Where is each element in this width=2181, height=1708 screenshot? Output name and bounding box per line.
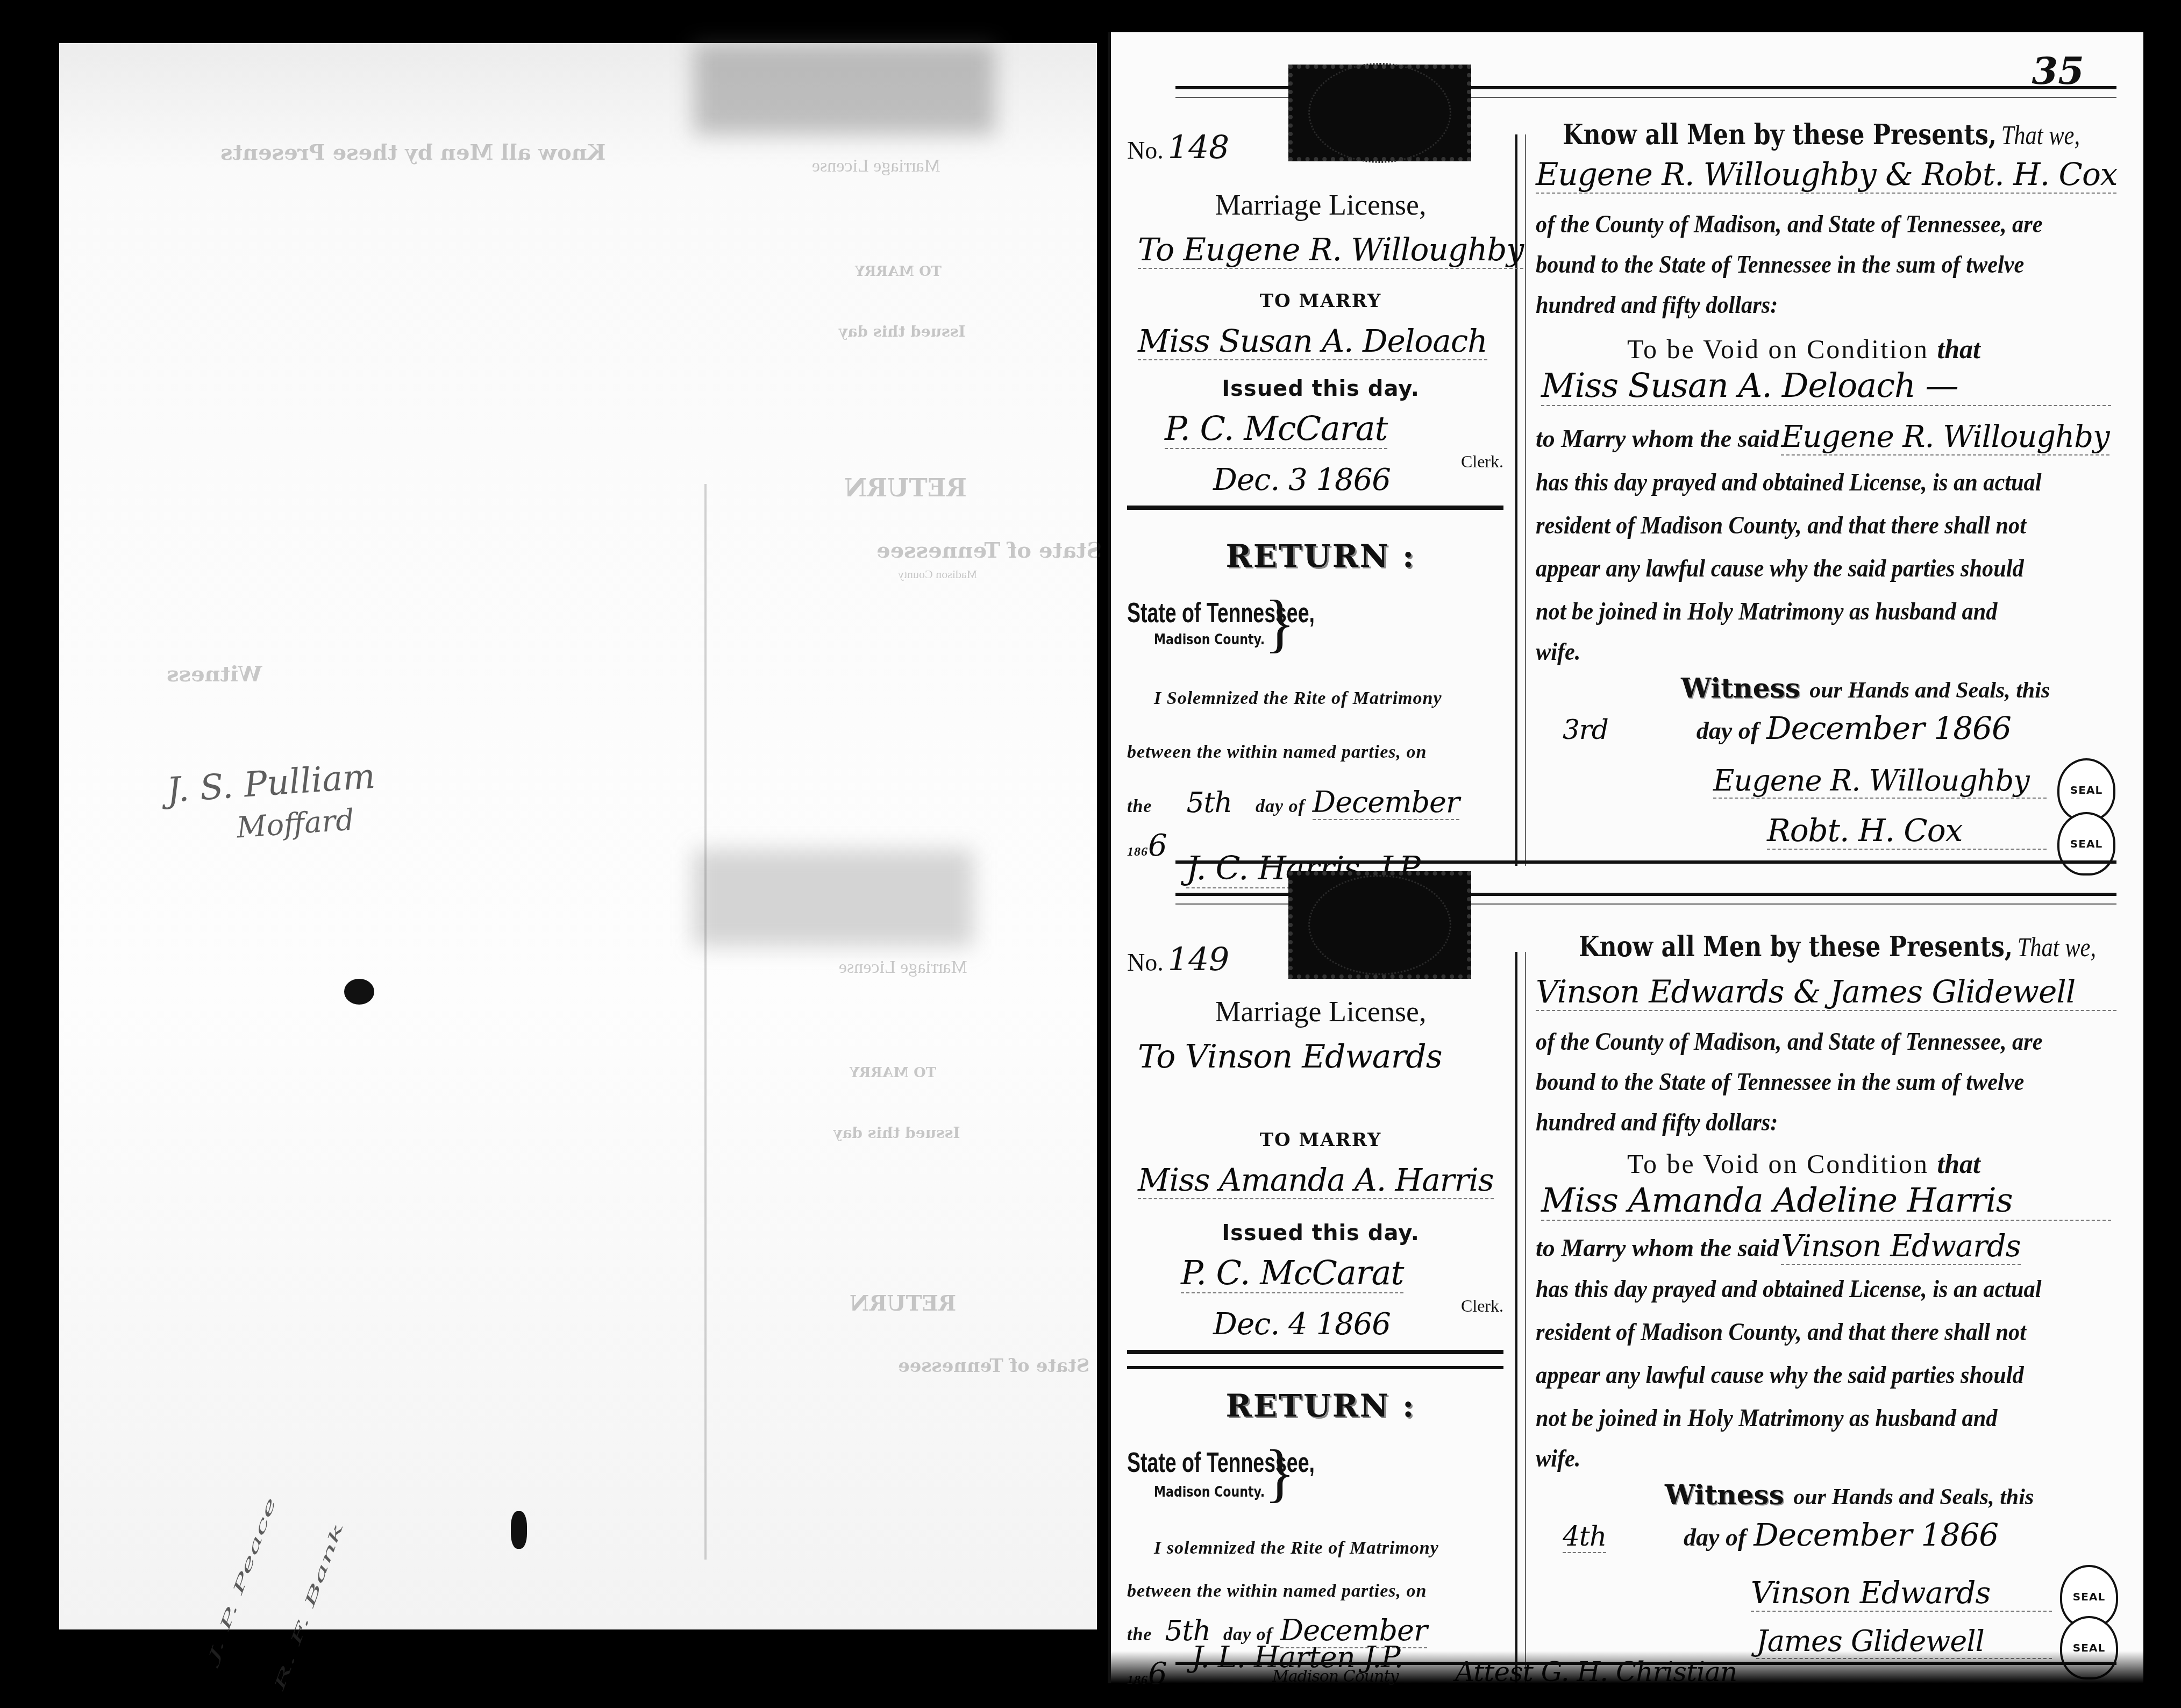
- witness-date: 3rd day of December 1866: [1563, 710, 2011, 746]
- bond-line-county: of the County of Madison, and State of T…: [1536, 210, 2042, 238]
- left-page: Know all Men by these Presents Marriage …: [59, 43, 1097, 1629]
- ghost-to-marry-2: TO MARRY: [850, 1065, 936, 1081]
- clerk-label: Clerk.: [1461, 1296, 1503, 1316]
- bond-heading-tail: That we,: [2018, 932, 2096, 962]
- county-label: Madison County.: [1154, 1484, 1265, 1500]
- signature-2: Robt. H. Cox: [1767, 812, 2047, 850]
- bride-name: Miss Amanda A. Harris: [1138, 1162, 1494, 1199]
- void-heading-text: To be Void on Condition: [1627, 334, 1929, 364]
- section-rule: [1127, 1366, 1503, 1369]
- witness-day-of: day of: [1684, 1524, 1746, 1551]
- issue-date: Dec. 4 1866: [1213, 1307, 1391, 1342]
- witness-day-of: day of: [1697, 717, 1759, 744]
- void-heading: To be Void on Condition that: [1627, 1148, 1980, 1179]
- ghost-county: Madison County: [898, 567, 977, 581]
- bond-line-wife: wife.: [1536, 1444, 1580, 1472]
- witness-day: 4th: [1563, 1521, 1606, 1553]
- witness-month-year: December 1866: [1754, 1517, 1998, 1553]
- brace: }: [1264, 1436, 1295, 1510]
- obligors: Vinson Edwards & James Glidewell: [1536, 973, 2116, 1011]
- obligors: Eugene R. Willoughby & Robt. H. Cox: [1536, 156, 2116, 194]
- seal-icon: SEAL: [2057, 812, 2115, 876]
- month: December: [1313, 785, 1459, 820]
- witness-label: Witness: [1681, 672, 1800, 704]
- solemnized-line: I Solemnized the Rite of Matrimony: [1154, 688, 1442, 709]
- right-page: 35 No.148 Marriage License, To Eugene R.…: [1108, 32, 2143, 1683]
- ghost-signature: J. P. Peace: [205, 1496, 280, 1664]
- signature-1: Eugene R. Willoughby: [1713, 764, 2047, 799]
- license-number-label: No.: [1127, 137, 1164, 164]
- faint-column-line: [704, 484, 707, 1560]
- ghost-signature: Moffard: [236, 802, 355, 844]
- return-heading: RETURN :: [1127, 538, 1514, 574]
- between-line: between the within named parties, on: [1127, 742, 1427, 763]
- to-label: To: [1138, 1038, 1175, 1076]
- ghost-heading: Know all Men by these Presents: [220, 140, 606, 165]
- license-number-label: No.: [1127, 949, 1164, 976]
- ghost-witness: Witness: [167, 661, 262, 687]
- year-suffix: 6: [1148, 828, 1167, 863]
- to-label: To: [1138, 231, 1174, 268]
- clerk-signature: P. C. McCarat: [1165, 409, 1387, 449]
- license-number: No.148: [1127, 129, 1229, 167]
- license-column: No.149 Marriage License, To Vinson Edwar…: [1127, 941, 1514, 1683]
- issue-date: Dec. 3 1866: [1213, 462, 1391, 497]
- marry-line: to Marry whom the said Vinson Edwards: [1536, 1229, 2021, 1264]
- bond-line-sum: hundred and fifty dollars:: [1536, 1108, 1778, 1136]
- witness-day: 3rd: [1563, 714, 1608, 745]
- bond-line-appear: appear any lawful cause why the said par…: [1536, 1361, 2024, 1389]
- bond-line-prayed: has this day prayed and obtained License…: [1536, 1275, 2041, 1303]
- bond-heading-text: Know all Men by these Presents,: [1563, 118, 1997, 151]
- clerk-signature: P. C. McCarat: [1181, 1253, 1403, 1293]
- ghost-marriage-license: Marriage License: [812, 156, 940, 176]
- witness-line: Witness our Hands and Seals, this: [1681, 672, 2050, 704]
- solemnized-year: 1866: [1127, 828, 1167, 863]
- bond-line-wife: wife.: [1536, 637, 1580, 666]
- witness-month-year: December 1866: [1766, 710, 2011, 746]
- ghost-state: State of Tennessee: [876, 538, 1102, 563]
- ghost-signature: R. F. Bank: [271, 1520, 346, 1692]
- bond-line-bound: bound to the State of Tennessee in the s…: [1536, 250, 2024, 279]
- solemnized-date: the 5th day of December: [1127, 785, 1459, 819]
- groom-line: To Eugene R. Willoughby: [1138, 231, 1523, 269]
- license-title: Marriage License,: [1127, 188, 1514, 222]
- marry-prefix: to Marry whom the said: [1536, 1234, 1779, 1262]
- the-label: the: [1127, 796, 1152, 816]
- license-number-value: 148: [1168, 129, 1230, 167]
- bond-heading-tail: That we,: [2001, 120, 2080, 150]
- ghost-marriage-license-2: Marriage License: [839, 957, 967, 978]
- ghost-issued-2: Issued this day: [833, 1124, 960, 1142]
- issued-label: Issued this day.: [1127, 1221, 1514, 1246]
- ink-blot: [344, 979, 374, 1005]
- scan-shadow: [1111, 1651, 2143, 1683]
- bond-line-resident: resident of Madison County, and that the…: [1536, 511, 2026, 539]
- column-divider: [1525, 952, 1526, 1683]
- year-prefix: 186: [1127, 845, 1148, 859]
- section-rule: [1127, 506, 1503, 510]
- groom-name: Eugene R. Willoughby: [1184, 231, 1524, 268]
- void-heading-tail: that: [1937, 334, 1980, 364]
- section-rule: [1127, 1350, 1503, 1354]
- witness-date: 4th day of December 1866: [1563, 1517, 1998, 1553]
- bond-line-joined: not be joined in Holy Matrimony as husba…: [1536, 1404, 1997, 1432]
- bride-full-name: Miss Susan A. Deloach —: [1541, 366, 2111, 406]
- bond-line-prayed: has this day prayed and obtained License…: [1536, 468, 2041, 496]
- marry-line: to Marry whom the said Eugene R. Willoug…: [1536, 419, 2109, 454]
- witness-tail: our Hands and Seals, this: [1793, 1485, 2034, 1510]
- ghost-signature: J. S. Pulliam: [166, 757, 376, 811]
- bond-line-sum: hundred and fifty dollars:: [1536, 290, 1778, 319]
- between-line: between the within named parties, on: [1127, 1581, 1427, 1602]
- solemnized-line: I solemnized the Rite of Matrimony: [1154, 1538, 1439, 1558]
- bride-full-name: Miss Amanda Adeline Harris: [1541, 1180, 2111, 1221]
- column-divider: [1525, 134, 1526, 866]
- groom-name-again: Eugene R. Willoughby: [1781, 419, 2109, 456]
- bond-heading-text: Know all Men by these Presents,: [1579, 930, 2013, 963]
- bond-heading: Know all Men by these Presents,That we,: [1579, 930, 2096, 963]
- marry-prefix: to Marry whom the said: [1536, 425, 1779, 452]
- to-marry-label: TO MARRY: [1127, 290, 1514, 312]
- bond-heading: Know all Men by these Presents,That we,: [1563, 118, 2080, 151]
- bond-column: Know all Men by these Presents,That we, …: [1530, 930, 2127, 1673]
- record-separator: [1175, 860, 2116, 864]
- license-number-value: 149: [1168, 941, 1230, 979]
- license-title: Marriage License,: [1127, 995, 1514, 1028]
- witness-tail: our Hands and Seals, this: [1809, 678, 2050, 703]
- stamp-bleed-smudge: [694, 850, 973, 946]
- issued-label: Issued this day.: [1127, 376, 1514, 401]
- ghost-return: RETURN: [844, 473, 967, 502]
- void-heading-tail: that: [1937, 1149, 1980, 1179]
- clerk-label: Clerk.: [1461, 452, 1503, 472]
- stamp-bleed-smudge: [694, 43, 995, 134]
- day-of-label: day of: [1256, 796, 1305, 816]
- county-label: Madison County.: [1154, 632, 1265, 648]
- bond-line-resident: resident of Madison County, and that the…: [1536, 1318, 2026, 1346]
- groom-name: Vinson Edwards: [1185, 1038, 1442, 1076]
- ghost-issued: Issued this day: [839, 323, 966, 340]
- license-column: No.148 Marriage License, To Eugene R. Wi…: [1127, 129, 1514, 871]
- bond-line-appear: appear any lawful cause why the said par…: [1536, 554, 2024, 582]
- license-number: No.149: [1127, 941, 1229, 979]
- void-heading: To be Void on Condition that: [1627, 333, 1980, 365]
- bond-line-county: of the County of Madison, and State of T…: [1536, 1027, 2042, 1056]
- witness-line: Witness our Hands and Seals, this: [1665, 1479, 2034, 1511]
- the-label: the: [1127, 1625, 1152, 1645]
- witness-label: Witness: [1665, 1479, 1784, 1511]
- bond-column: Know all Men by these Presents,That we, …: [1530, 118, 2127, 860]
- bond-line-bound: bound to the State of Tennessee in the s…: [1536, 1067, 2024, 1096]
- bond-line-joined: not be joined in Holy Matrimony as husba…: [1536, 597, 1997, 625]
- marriage-record: No.148 Marriage License, To Eugene R. Wi…: [1111, 54, 2143, 855]
- ghost-to-marry: TO MARRY: [855, 264, 942, 280]
- void-heading-text: To be Void on Condition: [1627, 1149, 1929, 1179]
- brace: }: [1264, 586, 1295, 660]
- groom-name-again: Vinson Edwards: [1781, 1229, 2020, 1265]
- ink-blot: [511, 1511, 527, 1549]
- to-marry-label: TO MARRY: [1127, 1129, 1514, 1151]
- return-heading: RETURN :: [1127, 1387, 1514, 1424]
- marriage-record: No.149 Marriage License, To Vinson Edwar…: [1111, 871, 2143, 1678]
- bride-name: Miss Susan A. Deloach: [1138, 323, 1487, 360]
- ghost-return-2: RETURN: [850, 1291, 956, 1316]
- column-divider: [1515, 952, 1517, 1683]
- day-number: 5th: [1186, 787, 1231, 819]
- ghost-state-2: State of Tennessee: [898, 1355, 1089, 1377]
- signature-1: Vinson Edwards: [1751, 1576, 2052, 1612]
- groom-line: To Vinson Edwards: [1138, 1038, 1442, 1076]
